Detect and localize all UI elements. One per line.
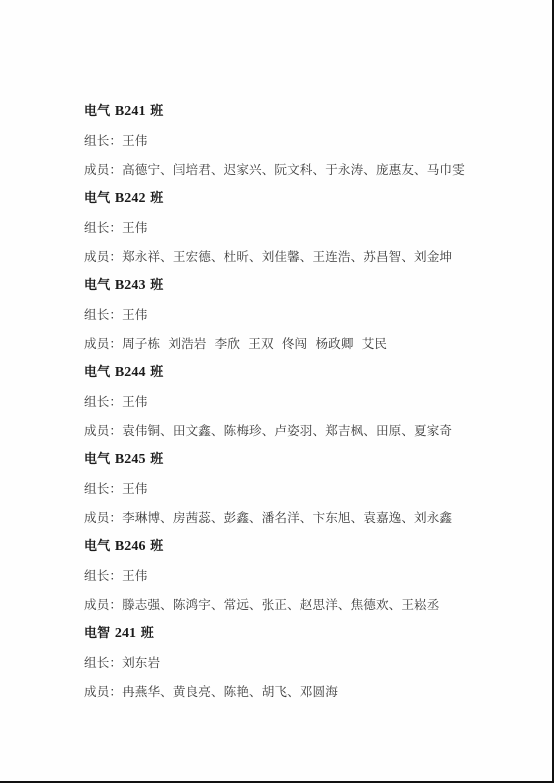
class-suffix: 班 [150,365,163,380]
members-label: 成员： [84,597,122,612]
class-suffix: 班 [150,104,163,119]
members-line: 成员：冉燕华、黄良亮、陈艳、胡飞、邓圆海 [84,681,524,710]
class-suffix: 班 [150,278,163,293]
class-suffix: 班 [141,626,154,641]
class-prefix: 电气 [84,452,110,467]
class-code: B244 [115,365,146,380]
leader-label: 组长： [84,220,122,235]
members-names: 周子栋 刘浩岩 李欣 王双 佟闯 杨政卿 艾民 [122,336,387,351]
class-title: 电气 B245 班 [84,449,524,478]
class-title: 电气 B243 班 [84,275,524,304]
members-names: 李琳博、房茜蕊、彭鑫、潘名洋、卞东旭、袁嘉逸、刘永鑫 [122,510,452,525]
class-group: 电气 B242 班 组长：王伟 成员：郑永祥、王宏德、杜昕、刘佳馨、王连浩、苏昌… [84,188,524,275]
members-label: 成员： [84,162,122,177]
leader-name: 刘东岩 [122,655,160,670]
leader-label: 组长： [84,655,122,670]
members-line: 成员：滕志强、陈鸿宇、常远、张正、赵思洋、焦德欢、王崧丞 [84,594,524,623]
leader-name: 王伟 [122,568,147,583]
class-prefix: 电气 [84,191,110,206]
class-group: 电气 B245 班 组长：王伟 成员：李琳博、房茜蕊、彭鑫、潘名洋、卞东旭、袁嘉… [84,449,524,536]
members-names: 袁伟铜、田文鑫、陈梅珍、卢姿羽、郑吉枫、田原、夏家奇 [122,423,452,438]
class-group: 电智 241 班 组长：刘东岩 成员：冉燕华、黄良亮、陈艳、胡飞、邓圆海 [84,623,524,710]
leader-line: 组长：刘东岩 [84,652,524,681]
class-group: 电气 B244 班 组长：王伟 成员：袁伟铜、田文鑫、陈梅珍、卢姿羽、郑吉枫、田… [84,362,524,449]
class-title: 电气 B244 班 [84,362,524,391]
class-suffix: 班 [150,539,163,554]
class-suffix: 班 [150,452,163,467]
class-code: 241 [115,626,136,641]
members-names: 郑永祥、王宏德、杜昕、刘佳馨、王连浩、苏昌智、刘金坤 [122,249,452,264]
members-label: 成员： [84,423,122,438]
leader-label: 组长： [84,481,122,496]
leader-line: 组长：王伟 [84,391,524,420]
members-line: 成员：李琳博、房茜蕊、彭鑫、潘名洋、卞东旭、袁嘉逸、刘永鑫 [84,507,524,536]
class-prefix: 电气 [84,539,110,554]
leader-name: 王伟 [122,133,147,148]
class-title: 电气 B242 班 [84,188,524,217]
members-label: 成员： [84,684,122,699]
members-label: 成员： [84,510,122,525]
class-code: B246 [115,539,146,554]
members-line: 成员：袁伟铜、田文鑫、陈梅珍、卢姿羽、郑吉枫、田原、夏家奇 [84,420,524,449]
leader-label: 组长： [84,133,122,148]
class-prefix: 电智 [84,626,110,641]
leader-line: 组长：王伟 [84,304,524,333]
class-prefix: 电气 [84,365,110,380]
leader-name: 王伟 [122,307,147,322]
members-line: 成员：高德宁、闫培君、迟家兴、阮文科、于永涛、庞惠友、马巾雯 [84,159,524,188]
class-code: B241 [115,104,146,119]
class-code: B243 [115,278,146,293]
members-names: 高德宁、闫培君、迟家兴、阮文科、于永涛、庞惠友、马巾雯 [122,162,465,177]
leader-line: 组长：王伟 [84,478,524,507]
leader-name: 王伟 [122,481,147,496]
document-page: 电气 B241 班 组长：王伟 成员：高德宁、闫培君、迟家兴、阮文科、于永涛、庞… [0,0,554,783]
leader-label: 组长： [84,568,122,583]
leader-name: 王伟 [122,220,147,235]
leader-line: 组长：王伟 [84,130,524,159]
class-code: B242 [115,191,146,206]
leader-label: 组长： [84,394,122,409]
class-group: 电气 B246 班 组长：王伟 成员：滕志强、陈鸿宇、常远、张正、赵思洋、焦德欢… [84,536,524,623]
members-label: 成员： [84,249,122,264]
group-list: 电气 B241 班 组长：王伟 成员：高德宁、闫培君、迟家兴、阮文科、于永涛、庞… [84,101,524,710]
leader-label: 组长： [84,307,122,322]
members-names: 冉燕华、黄良亮、陈艳、胡飞、邓圆海 [122,684,338,699]
members-label: 成员： [84,336,122,351]
class-code: B245 [115,452,146,467]
members-line: 成员：周子栋 刘浩岩 李欣 王双 佟闯 杨政卿 艾民 [84,333,524,362]
class-prefix: 电气 [84,104,110,119]
class-title: 电智 241 班 [84,623,524,652]
class-group: 电气 B243 班 组长：王伟 成员：周子栋 刘浩岩 李欣 王双 佟闯 杨政卿 … [84,275,524,362]
class-suffix: 班 [150,191,163,206]
class-prefix: 电气 [84,278,110,293]
leader-line: 组长：王伟 [84,217,524,246]
class-title: 电气 B241 班 [84,101,524,130]
leader-name: 王伟 [122,394,147,409]
class-title: 电气 B246 班 [84,536,524,565]
members-line: 成员：郑永祥、王宏德、杜昕、刘佳馨、王连浩、苏昌智、刘金坤 [84,246,524,275]
leader-line: 组长：王伟 [84,565,524,594]
class-group: 电气 B241 班 组长：王伟 成员：高德宁、闫培君、迟家兴、阮文科、于永涛、庞… [84,101,524,188]
members-names: 滕志强、陈鸿宇、常远、张正、赵思洋、焦德欢、王崧丞 [122,597,439,612]
